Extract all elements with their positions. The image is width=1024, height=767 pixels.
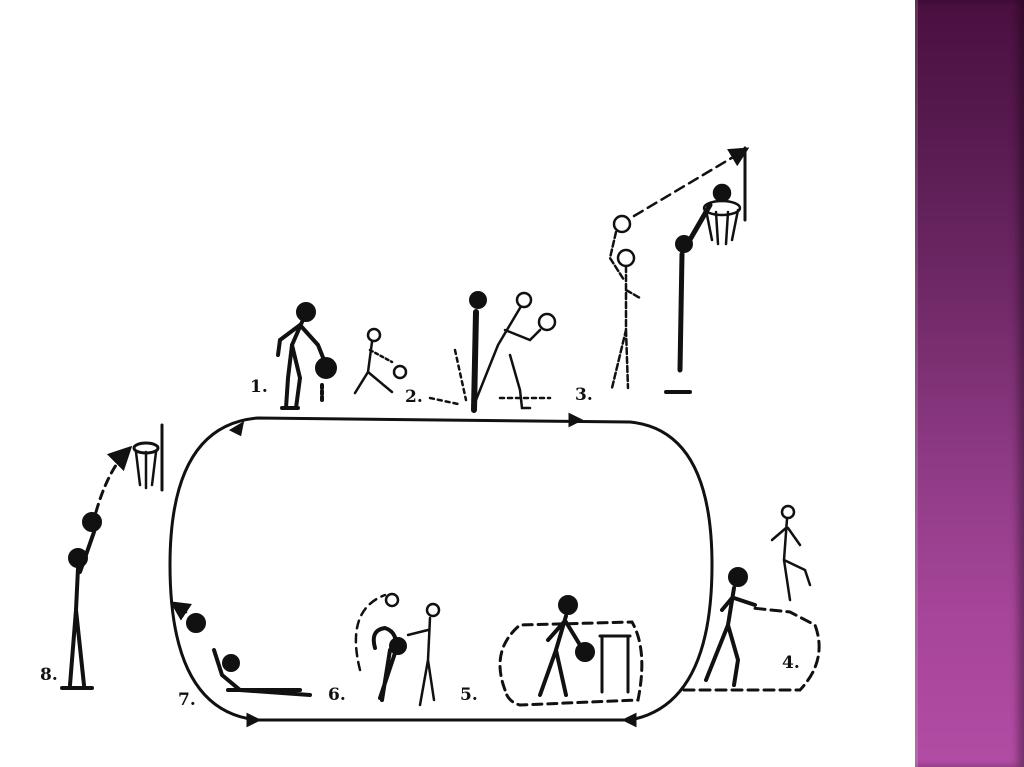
figure-station-8 [62,425,162,688]
figure-station-1 [278,304,335,408]
station-label-6: 6. [328,685,346,705]
circuit-diagram: 1. 2. 3. 4. 5. 6. 7. 8. [0,0,915,767]
track-oval [170,418,712,720]
station-label-7: 7. [178,690,196,710]
station-label-2: 2. [405,387,423,407]
figure-station-6 [356,594,439,705]
station-label-5: 5. [460,685,478,705]
station-labels: 1. 2. 3. 4. 5. 6. 7. 8. [40,377,800,710]
station-label-1: 1. [250,377,268,397]
slide-canvas: 1. 2. 3. 4. 5. 6. 7. 8. [0,0,915,767]
figure-station-3 [610,148,745,392]
track-arrows [232,415,635,725]
station-label-3: 3. [575,385,593,405]
station-label-8: 8. [40,665,58,685]
decorative-accent-bar [915,0,1024,767]
figure-station-2 [355,291,555,410]
station-label-4: 4. [782,653,800,673]
figure-station-5 [500,597,642,705]
